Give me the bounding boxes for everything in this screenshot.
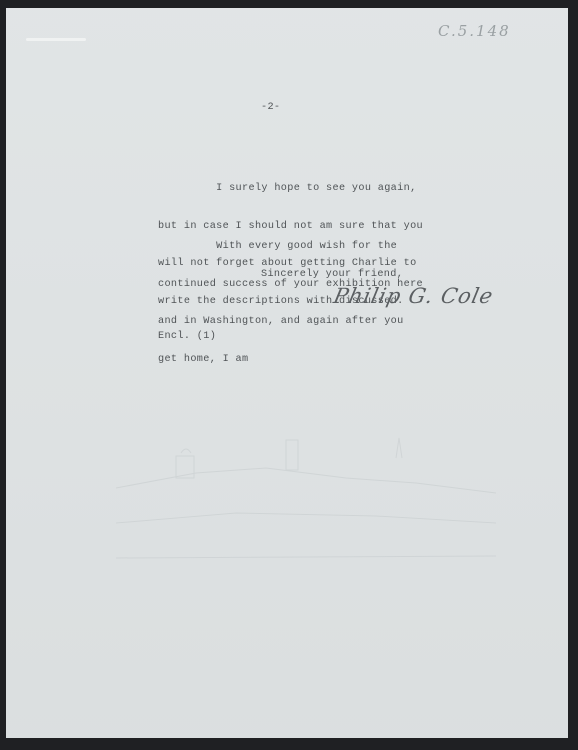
- enclosure-note: Encl. (1): [158, 331, 216, 342]
- page-number: -2-: [261, 102, 280, 113]
- paragraph-line: I surely hope to see you again,: [158, 183, 423, 196]
- letterhead-bleedthrough-illustration: [116, 428, 496, 598]
- paragraph-line: get home, I am: [158, 354, 423, 367]
- letter-page: C.5.148 -2- I surely hope to see you aga…: [6, 8, 568, 738]
- paper-smudge: [26, 38, 86, 41]
- handwritten-signature: Philip G. Cole: [331, 284, 495, 308]
- archive-id-annotation: C.5.148: [438, 22, 511, 40]
- paragraph-line: With every good wish for the: [158, 241, 423, 254]
- closing-salutation: Sincerely your friend,: [261, 269, 403, 280]
- paragraph-line: and in Washington, and again after you: [158, 316, 423, 329]
